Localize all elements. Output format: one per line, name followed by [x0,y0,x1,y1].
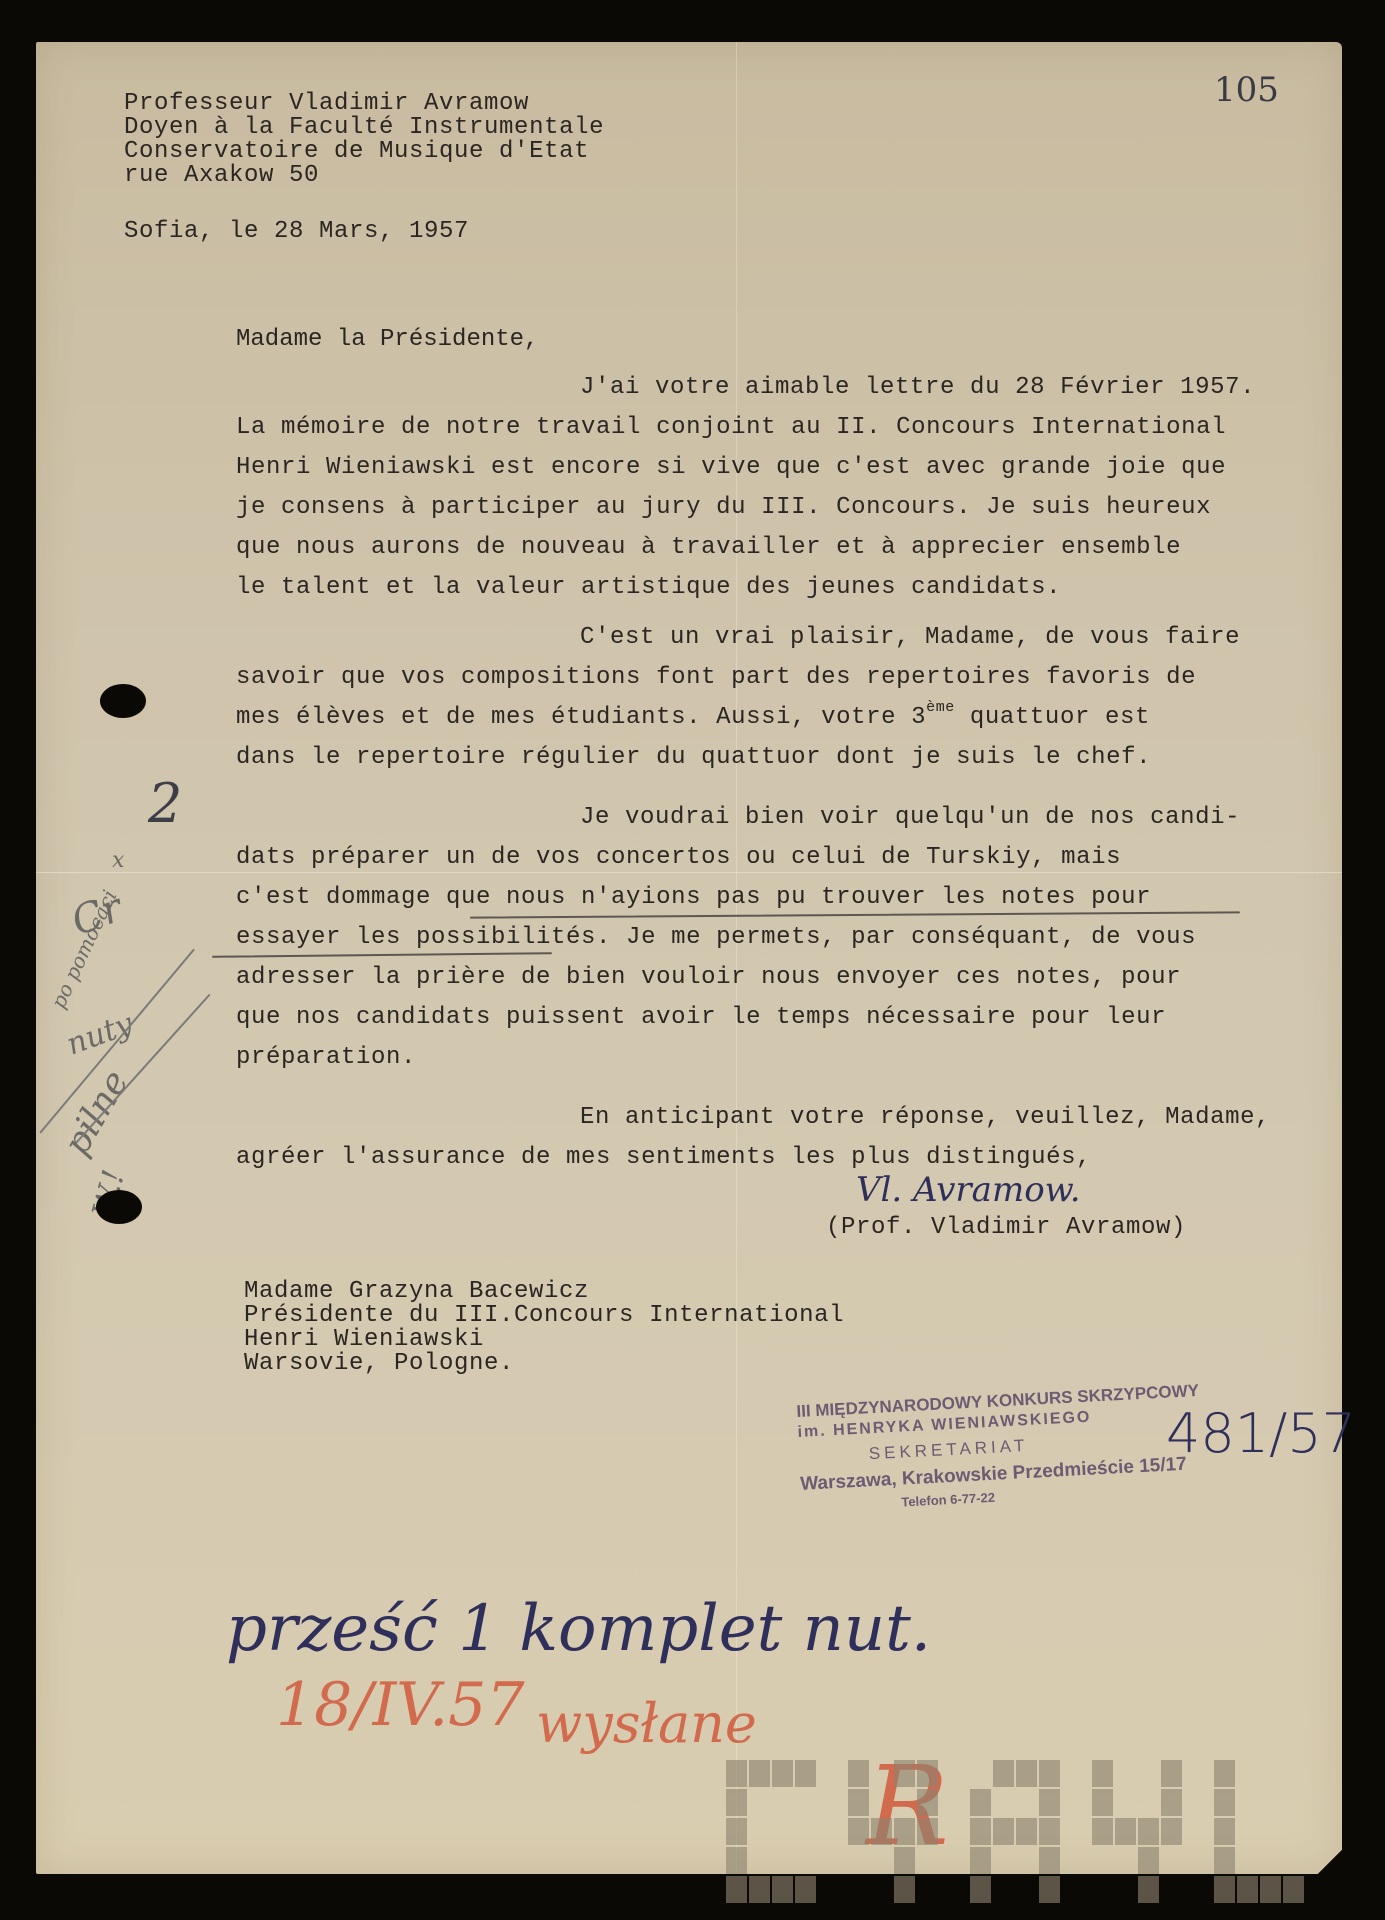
watermark-block [917,1789,938,1816]
body-line: J'ai votre aimable lettre du 28 Février … [580,376,1255,400]
watermark-block [970,1789,991,1816]
watermark-block [970,1876,991,1903]
watermark-block [1039,1789,1060,1816]
watermark-block [848,1818,869,1845]
watermark-block [1161,1760,1182,1787]
sender-line: rue Axakow 50 [124,164,319,188]
watermark-block [894,1818,915,1845]
watermark-block [726,1789,747,1816]
body-line: agréer l'assurance de mes sentiments les… [236,1146,1091,1170]
watermark-block [917,1760,938,1787]
watermark-block [726,1876,747,1903]
punch-hole [96,1190,142,1224]
body-line: Je voudrai bien voir quelqu'un de nos ca… [580,806,1240,830]
body-line: que nous aurons de nouveau à travailler … [236,536,1181,560]
body-line: En anticipant votre réponse, veuillez, M… [580,1106,1270,1130]
body-line: le talent et la valeur artistique des je… [236,576,1061,600]
body-line: adresser la prière de bien vouloir nous … [236,966,1181,990]
watermark-block [749,1760,770,1787]
typed-signature: (Prof. Vladimir Avramow) [826,1216,1186,1240]
watermark-block [970,1818,991,1845]
watermark-block [1138,1818,1159,1845]
watermark-block [1039,1876,1060,1903]
margin-note: 2 [148,772,182,835]
sender-line: Doyen à la Faculté Instrumentale [124,116,604,140]
margin-note: pilne [56,1064,137,1163]
watermark-block [772,1876,793,1903]
recipient-line: Présidente du III.Concours International [244,1304,844,1328]
body-line: dans le repertoire régulier du quattuor … [236,746,1151,770]
red-handwritten-date: 18/IV.57 [276,1670,525,1740]
watermark-block [1260,1876,1281,1903]
recipient-line: Madame Grazyna Bacewicz [244,1280,589,1304]
archive-page-number: 105 [1214,70,1279,110]
watermark-block [871,1818,892,1845]
watermark-block [1039,1847,1060,1874]
watermark-block [1237,1876,1258,1903]
recipient-line: Warsovie, Pologne. [244,1352,514,1376]
watermark-block [1138,1847,1159,1874]
watermark-block [1092,1789,1113,1816]
watermark-block [993,1818,1014,1845]
watermark-block [726,1818,747,1845]
recipient-line: Henri Wieniawski [244,1328,484,1352]
sender-line: Professeur Vladimir Avramow [124,92,529,116]
watermark-block [1115,1818,1136,1845]
handwritten-signature: Vl. Avramow. [856,1170,1081,1210]
watermark-block [1039,1818,1060,1845]
pencil-underline [212,952,552,958]
paper-fold-horizontal [36,872,1342,873]
watermark-block [894,1847,915,1874]
date-line: Sofia, le 28 Mars, 1957 [124,220,469,244]
watermark-block [749,1876,770,1903]
watermark-block [1161,1818,1182,1845]
stamp-line: Telefon 6-77-22 [901,1490,995,1510]
watermark-block [1092,1818,1113,1845]
body-line: c'est dommage que nous n'ayions pas pu t… [236,886,1151,910]
body-line: C'est un vrai plaisir, Madame, de vous f… [580,626,1240,650]
letter-page: 105 Professeur Vladimir Avramow Doyen à … [36,42,1342,1874]
watermark-block [1161,1789,1182,1816]
reference-number: 481/57 [1166,1402,1356,1465]
body-line: préparation. [236,1046,416,1070]
red-handwritten-note: wysłane [536,1692,757,1755]
watermark-block [848,1789,869,1816]
body-line: essayer les possibilités. Je me permets,… [236,926,1196,950]
body-line: La mémoire de notre travail conjoint au … [236,416,1226,440]
watermark-block [1214,1760,1235,1787]
watermark-block [1039,1760,1060,1787]
body-line: je consens à participer au jury du III. … [236,496,1211,520]
punch-hole [100,684,146,718]
watermark-block [795,1760,816,1787]
margin-note: nuty [62,1006,138,1062]
watermark-block [726,1760,747,1787]
watermark-block [993,1760,1014,1787]
watermark-block [772,1760,793,1787]
watermark-block [970,1847,991,1874]
pencil-underline [470,911,1240,918]
body-line-with-superscript: mes élèves et de mes étudiants. Aussi, v… [236,706,1150,730]
watermark-block [917,1818,938,1845]
blue-handwritten-note: prześć 1 komplet nut. [226,1592,931,1666]
watermark-block [894,1760,915,1787]
stamp-line: SEKRETARIAT [868,1436,1028,1464]
watermark-block [1016,1818,1037,1845]
body-line: savoir que vos compositions font part de… [236,666,1196,690]
watermark-block [1138,1876,1159,1903]
watermark-block [1092,1760,1113,1787]
watermark-block [1214,1847,1235,1874]
watermark-block [848,1760,869,1787]
watermark-block [1283,1876,1304,1903]
watermark-block [1214,1789,1235,1816]
watermark-block [726,1847,747,1874]
watermark-block [1214,1876,1235,1903]
watermark-block [894,1876,915,1903]
salutation: Madame la Présidente, [236,328,538,352]
watermark-block [1214,1818,1235,1845]
body-line: Henri Wieniawski est encore si vive que … [236,456,1226,480]
body-line: que nos candidats puissent avoir le temp… [236,1006,1166,1030]
margin-note: x [112,848,124,873]
watermark-block [795,1876,816,1903]
watermark-block [1016,1760,1037,1787]
sender-line: Conservatoire de Musique d'Etat [124,140,589,164]
body-line: dats préparer un de vos concertos ou cel… [236,846,1121,870]
superscript-eme: ème [926,699,955,716]
